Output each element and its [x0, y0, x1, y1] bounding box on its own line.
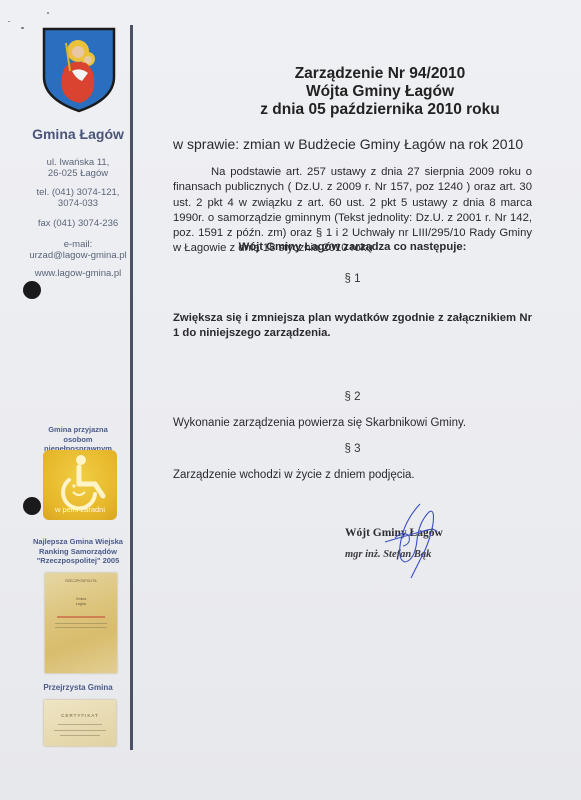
decision-intro: Wójt Gminy Łagów zarządza co następuje:	[173, 241, 532, 253]
badge-title-line: Ranking Samorządów	[0, 547, 156, 557]
badge-title-line: Gmina przyjazna	[0, 425, 156, 435]
section-3-text: Zarządzenie wchodzi w życie z dniem podj…	[173, 469, 415, 481]
phone-line-2: 3074-033	[0, 198, 156, 209]
email-link[interactable]: urzad@lagow-gmina.pl	[0, 250, 156, 261]
ranking-award-diploma: RZECZPOSPOLITA Gmina Łagów	[45, 573, 117, 673]
section-3-mark: § 3	[173, 443, 532, 455]
ordinance-subject: w sprawie: zmian w Budżecie Gminy Łagów …	[173, 136, 523, 152]
diploma-line: Łagów	[45, 602, 117, 606]
diploma-header: RZECZPOSPOLITA	[45, 579, 117, 583]
certificate-header: CERTYFIKAT	[44, 713, 116, 718]
ordinance-date: z dnia 05 października 2010 roku	[180, 101, 580, 119]
badge-transparent-title: Przejrzysta Gmina	[0, 683, 156, 693]
certificate-text-line	[58, 724, 102, 725]
email-label: e-mail:	[0, 239, 156, 250]
badge-ranking-title: Najlepsza Gmina Wiejska Ranking Samorząd…	[0, 537, 156, 566]
email-block: e-mail: urzad@lagow-gmina.pl	[0, 239, 156, 261]
diploma-text-line	[55, 627, 107, 628]
accessible-municipality-badge: w pełni zaradni	[43, 450, 117, 520]
address-line-1: ul. Iwańska 11,	[0, 157, 156, 168]
ordinance-issuer: Wójta Gminy Łagów	[240, 83, 520, 101]
section-1-mark: § 1	[173, 273, 532, 285]
diploma-text-line	[55, 623, 107, 624]
hole-punch-top	[23, 281, 41, 299]
handwritten-signature-icon	[375, 500, 455, 580]
ordinance-title: Zarządzenie Nr 94/2010	[240, 65, 520, 83]
diploma-line: Gmina	[45, 597, 117, 601]
section-2-mark: § 2	[173, 391, 532, 403]
badge-title-line: osobom	[0, 435, 156, 445]
certificate-text-line	[60, 735, 100, 736]
certificate-text-line	[54, 730, 106, 731]
scanned-page: Gmina Łagów ul. Iwańska 11, 26-025 Łagów…	[0, 0, 581, 800]
diploma-red-line	[57, 616, 105, 618]
scan-speck	[8, 21, 10, 22]
website-link[interactable]: www.lagow-gmina.pl	[0, 268, 156, 279]
scan-speck	[47, 12, 49, 14]
badge-title-line: "Rzeczpospolitej" 2005	[0, 556, 156, 566]
badge-title-line: Najlepsza Gmina Wiejska	[0, 537, 156, 547]
coat-of-arms-icon	[42, 27, 116, 113]
phone: tel. (041) 3074-121, 3074-033	[0, 187, 156, 209]
address: ul. Iwańska 11, 26-025 Łagów	[0, 157, 156, 179]
transparent-municipality-certificate: CERTYFIKAT	[44, 700, 116, 746]
badge-caption: w pełni zaradni	[43, 505, 117, 514]
phone-line-1: tel. (041) 3074-121,	[0, 187, 156, 198]
fax: fax (041) 3074-236	[0, 218, 156, 229]
scan-speck	[21, 27, 24, 29]
hole-punch-bottom	[23, 497, 41, 515]
municipality-name: Gmina Łagów	[0, 126, 156, 142]
section-1-text: Zwiększa się i zmniejsza plan wydatków z…	[173, 311, 532, 341]
section-2-text: Wykonanie zarządzenia powierza się Skarb…	[173, 417, 466, 429]
address-line-2: 26-025 Łagów	[0, 168, 156, 179]
